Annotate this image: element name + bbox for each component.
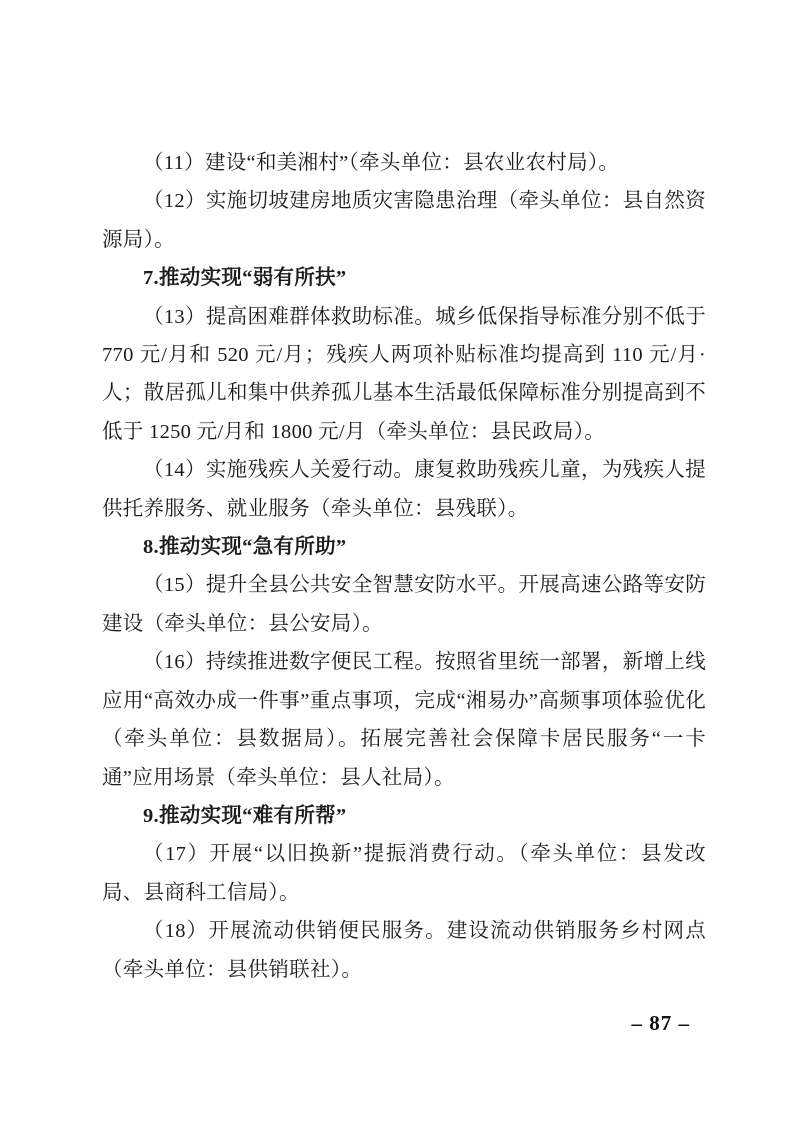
paragraph-item-18: （18）开展流动供销便民服务。建设流动供销服务乡村网点（牵头单位：县供销联社）。 [102,912,706,989]
paragraph-item-15: （15）提升全县公共安全智慧安防水平。开展高速公路等安防建设（牵头单位：县公安局… [102,566,706,643]
paragraph-item-11: （11）建设“和美湘村”（牵头单位：县农业农村局）。 [102,144,706,182]
paragraph-item-13: （13）提高困难群体救助标准。城乡低保指导标准分别不低于 770 元/月和 52… [102,298,706,452]
section-heading-7: 7.推动实现“弱有所扶” [102,259,706,297]
document-page: （11）建设“和美湘村”（牵头单位：县农业农村局）。 （12）实施切坡建房地质灾… [0,0,793,1122]
section-heading-8: 8.推动实现“急有所助” [102,528,706,566]
paragraph-item-17: （17）开展“以旧换新”提振消费行动。（牵头单位：县发改局、县商科工信局）。 [102,835,706,912]
paragraph-item-14: （14）实施残疾人关爱行动。康复救助残疾儿童，为残疾人提供托养服务、就业服务（牵… [102,451,706,528]
document-body: （11）建设“和美湘村”（牵头单位：县农业农村局）。 （12）实施切坡建房地质灾… [102,144,706,989]
paragraph-item-16: （16）持续推进数字便民工程。按照省里统一部署，新增上线应用“高效办成一件事”重… [102,643,706,797]
paragraph-item-12: （12）实施切坡建房地质灾害隐患治理（牵头单位：县自然资源局）。 [102,182,706,259]
page-number: – 87 – [632,1011,691,1036]
section-heading-9: 9.推动实现“难有所帮” [102,797,706,835]
